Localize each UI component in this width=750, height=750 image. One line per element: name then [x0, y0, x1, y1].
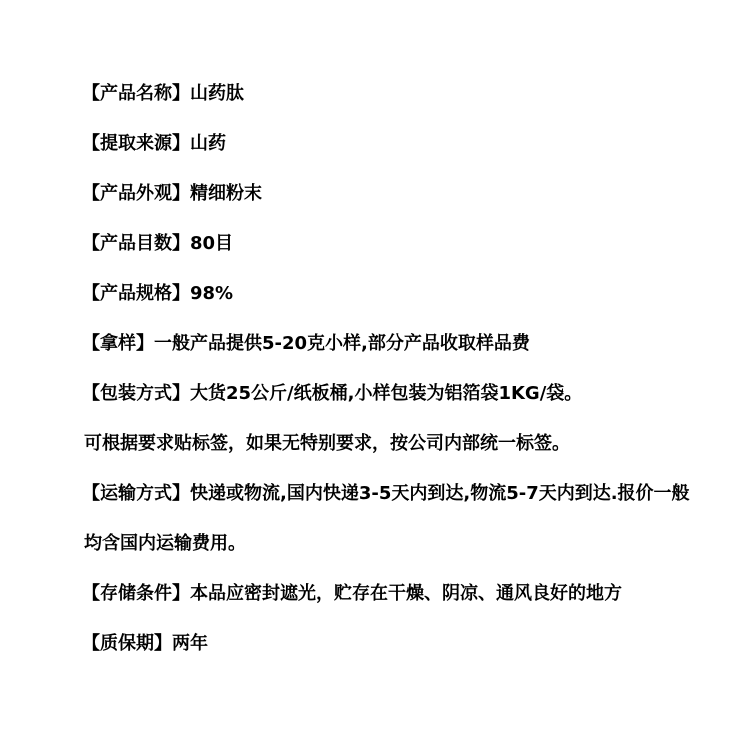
- spec-value: 两年: [172, 633, 208, 654]
- spec-label: 【产品规格】: [82, 283, 190, 304]
- spec-line-specification: 【产品规格】98%: [82, 282, 233, 306]
- spec-value: 快递或物流,国内快递3-5天内到达,物流5-7天内到达.报价一般: [190, 483, 690, 504]
- spec-label: 【提取来源】: [82, 133, 190, 154]
- spec-line-product-name: 【产品名称】山药肽: [82, 82, 244, 106]
- spec-label: 【存储条件】: [82, 583, 190, 604]
- spec-value: 可根据要求贴标签，如果无特别要求，按公司内部统一标签。: [84, 433, 570, 454]
- spec-line-extraction-source: 【提取来源】山药: [82, 132, 226, 156]
- spec-value: 本品应密封遮光，贮存在干燥、阴凉、通风良好的地方: [190, 583, 622, 604]
- spec-line-mesh: 【产品目数】80目: [82, 232, 233, 256]
- spec-label: 【产品目数】: [82, 233, 190, 254]
- spec-line-labeling-note: 可根据要求贴标签，如果无特别要求，按公司内部统一标签。: [84, 432, 570, 456]
- spec-line-shelf-life: 【质保期】两年: [82, 632, 208, 656]
- spec-label: 【质保期】: [82, 633, 172, 654]
- spec-line-shipping-note: 均含国内运输费用。: [84, 532, 246, 556]
- spec-label: 【拿样】: [82, 333, 154, 354]
- spec-label: 【包装方式】: [82, 383, 190, 404]
- product-spec-document: 【产品名称】山药肽 【提取来源】山药 【产品外观】精细粉末 【产品目数】80目 …: [0, 0, 750, 750]
- spec-value: 80目: [190, 233, 233, 254]
- spec-line-shipping: 【运输方式】快递或物流,国内快递3-5天内到达,物流5-7天内到达.报价一般: [82, 482, 690, 506]
- spec-value: 98%: [190, 283, 233, 304]
- spec-value: 均含国内运输费用。: [84, 533, 246, 554]
- spec-line-storage: 【存储条件】本品应密封遮光，贮存在干燥、阴凉、通风良好的地方: [82, 582, 622, 606]
- spec-label: 【产品外观】: [82, 183, 190, 204]
- spec-value: 精细粉末: [190, 183, 262, 204]
- spec-line-packaging: 【包装方式】大货25公斤/纸板桶,小样包装为铝箔袋1KG/袋。: [82, 382, 582, 406]
- spec-label: 【运输方式】: [82, 483, 190, 504]
- spec-value: 山药肽: [190, 83, 244, 104]
- spec-label: 【产品名称】: [82, 83, 190, 104]
- spec-value: 一般产品提供5-20克小样,部分产品收取样品费: [154, 333, 530, 354]
- spec-line-sample: 【拿样】一般产品提供5-20克小样,部分产品收取样品费: [82, 332, 530, 356]
- spec-value: 大货25公斤/纸板桶,小样包装为铝箔袋1KG/袋。: [190, 383, 582, 404]
- spec-value: 山药: [190, 133, 226, 154]
- spec-line-appearance: 【产品外观】精细粉末: [82, 182, 262, 206]
